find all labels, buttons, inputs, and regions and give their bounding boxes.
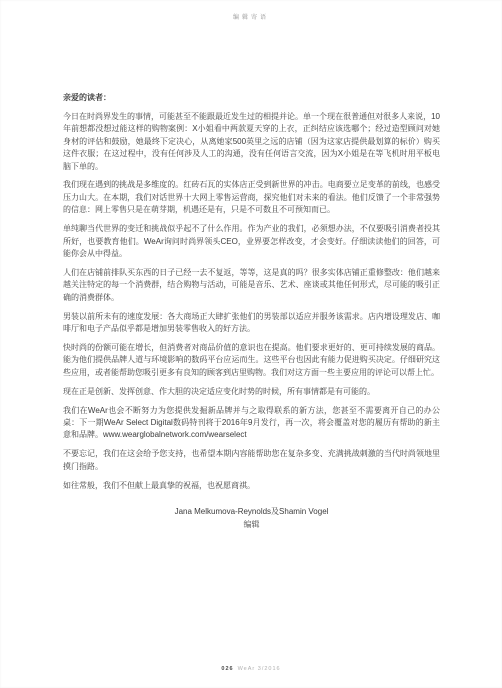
paragraph: 快时尚的份额可能在增长，但消费者对商品价值的意识也在提高。他们要求更好的、更可持… <box>63 342 440 379</box>
editor-letter: 亲爱的读者： 今日在时尚界发生的事情，可能甚至不能跟最近发生过的相提并论。单一个… <box>63 92 440 532</box>
page-footer: 026WeAr 3/2016 <box>0 666 502 672</box>
signature-role: 编辑 <box>63 519 440 531</box>
paragraph: 如往常般，我们不但献上最真挚的祝福，也祝愿商祺。 <box>63 480 440 492</box>
paragraph-with-url: 我们在WeAr也会不断努力为您提供发掘新品牌并与之取得联系的新方法，您甚至不需要… <box>63 405 440 442</box>
paragraph: 不要忘记，我们在这会给予您支持，也希望本期内容能帮助您在复杂多变、充满挑战刺激的… <box>63 448 440 473</box>
paragraph: 人们在店铺前排队买东西的日子已经一去不复返，等等，这是真的吗？很多实体店铺正重修… <box>63 267 440 304</box>
magazine-page: 编辑寄语 亲爱的读者： 今日在时尚界发生的事情，可能甚至不能跟最近发生过的相提并… <box>0 0 502 688</box>
issue-label: WeAr 3/2016 <box>238 666 281 672</box>
signature-names: Jana Melkumova-Reynolds及Shamin Vogel <box>63 506 440 518</box>
paragraph: 今日在时尚界发生的事情，可能甚至不能跟最近发生过的相提并论。单一个现在很普通但对… <box>63 111 440 173</box>
running-head: 编辑寄语 <box>0 12 502 21</box>
paragraph: 单纯聊当代世界的变迁和挑战似乎起不了什么作用。作为产业的我们，必须想办法，不仅要… <box>63 223 440 260</box>
paragraph: 我们现在遇到的挑战是多维度的。红砖石瓦的实体店正受到新世界的冲击。电商要立足变革… <box>63 179 440 216</box>
paragraph: 男装以前所未有的速度发展：各大商场正大肆扩张他们的男装部以适应并服务该需求。店内… <box>63 311 440 336</box>
paragraph: 现在正是创新、发挥创意、作大胆的决定适应变化时势的时候，所有事情都是有可能的。 <box>63 386 440 398</box>
page-number: 026 <box>221 666 233 672</box>
salutation: 亲爱的读者： <box>63 92 440 104</box>
signature-block: Jana Melkumova-Reynolds及Shamin Vogel 编辑 <box>63 506 440 532</box>
